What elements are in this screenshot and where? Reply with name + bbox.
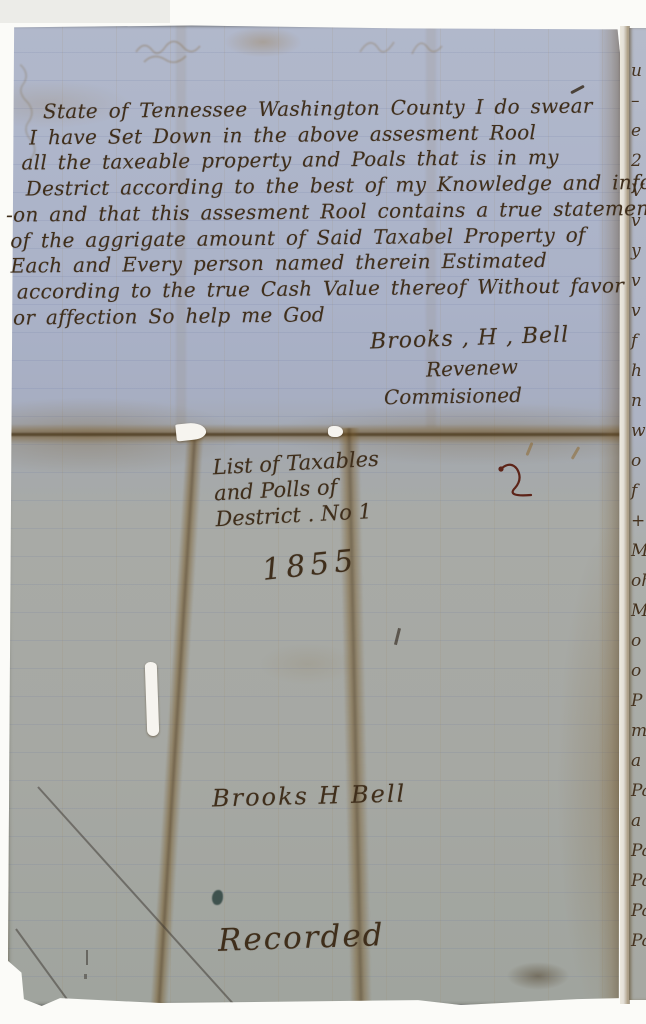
adjacent-page-fragment: f	[631, 326, 646, 356]
stain-stroke	[571, 446, 581, 460]
horizontal-fold-line	[8, 433, 620, 436]
commissioner-title-line1: Revenew	[426, 354, 519, 381]
adjacent-page-fragment: o	[631, 656, 646, 686]
adjacent-page-fragment: Pa	[631, 836, 646, 866]
adjacent-page-fragment: a	[631, 746, 646, 776]
adjacent-page-fragment: m	[631, 716, 646, 746]
stain-stroke	[525, 442, 533, 456]
adjacent-page-fragment: P	[631, 686, 646, 716]
adjacent-page-fragment: a	[631, 806, 646, 836]
red-check-flourish	[494, 458, 552, 504]
scanner-background-strip	[0, 0, 170, 23]
adjacent-page-fragment: Pa	[631, 776, 646, 806]
adjacent-page-fragment: o	[631, 446, 646, 476]
adjacent-page-fragment: n	[631, 386, 646, 416]
adjacent-page-fragment: o	[631, 626, 646, 656]
pencil-dot-mark	[84, 974, 87, 979]
ink-fleck	[394, 628, 401, 645]
paper-tear	[145, 662, 160, 736]
recorded-label: Recorded	[217, 917, 385, 959]
adjacent-page-fragment: Pa	[631, 926, 646, 956]
adjacent-page-fragment: Pa	[631, 866, 646, 896]
adjacent-page-fragment: w	[631, 416, 646, 446]
adjacent-page-fragment: f	[631, 476, 646, 506]
ink-blot	[212, 890, 223, 905]
adjacent-page-fragment: M	[631, 536, 646, 566]
endorsement-signature: Brooks H Bell	[212, 779, 407, 812]
scanned-document: u–e2Vvyvvfhnwof+CMohMooPmaPaaPaPaPaPa St…	[0, 0, 646, 1024]
adjacent-page-fragment: +C	[631, 506, 646, 536]
adjacent-page-fragment: Pa	[631, 896, 646, 926]
adjacent-page-fragment: h	[631, 356, 646, 386]
paper-tear	[328, 426, 343, 437]
commissioner-title-line2: Commisioned	[384, 383, 522, 409]
show-through-mark	[352, 26, 462, 66]
adjacent-page-fragment: M	[631, 596, 646, 626]
adjacent-page-fragment: oh	[631, 566, 646, 596]
oath-paragraph: State of Tennessee Washington County I d…	[9, 92, 646, 331]
pencil-tick-mark	[86, 950, 88, 965]
adjacent-page-fragment: u	[631, 56, 646, 86]
corner-fold-line	[15, 928, 72, 1005]
pencil-scratch-line	[37, 786, 237, 1007]
cover-title-block: List of Taxables and Polls of Destrict .…	[212, 446, 382, 533]
red-flourish-icon	[494, 458, 552, 500]
show-through-mark	[130, 32, 270, 70]
